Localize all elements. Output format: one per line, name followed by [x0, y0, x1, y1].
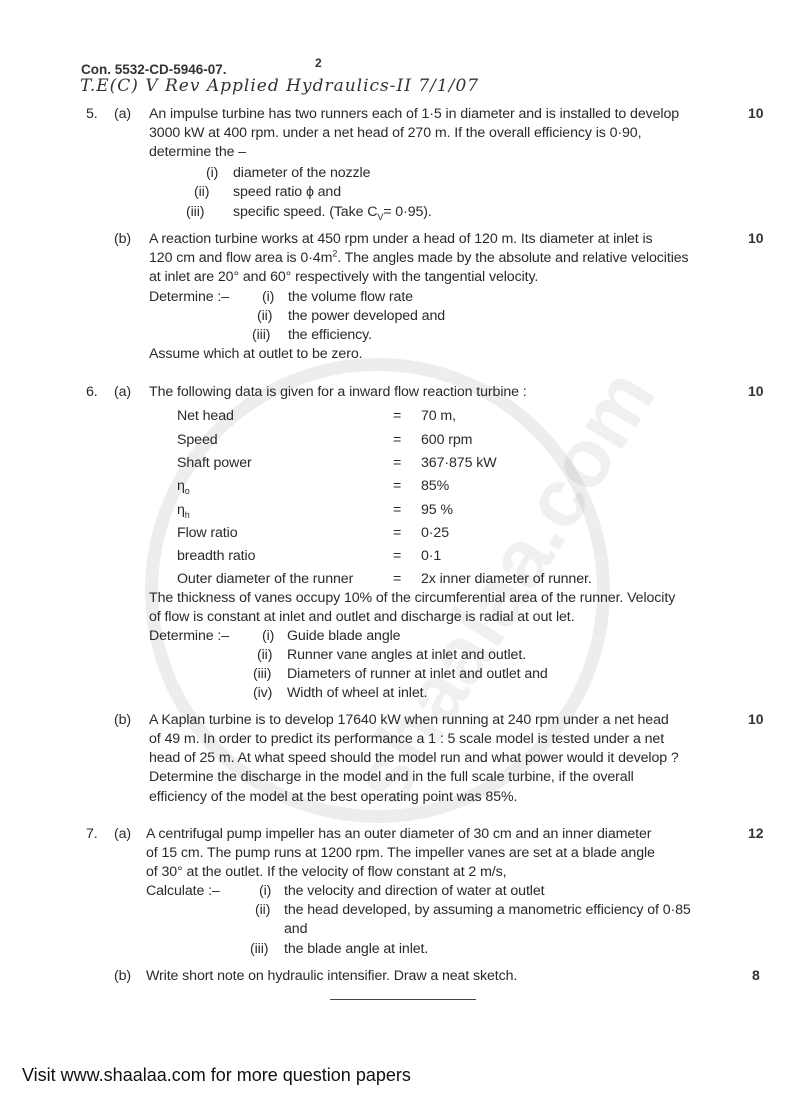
data-label: ηh	[177, 501, 190, 520]
part-label: (a)	[114, 825, 131, 844]
determine-label: Determine :–	[149, 627, 229, 646]
data-label: breadth ratio	[177, 547, 255, 566]
text-line: The thickness of vanes occupy 10% of the…	[149, 589, 675, 608]
text-line: The following data is given for a inward…	[149, 383, 527, 402]
data-eq: =	[393, 477, 401, 496]
text-line: determine the –	[149, 143, 246, 162]
data-eq: =	[393, 501, 401, 520]
question-number: 6.	[86, 383, 98, 402]
data-eq: =	[393, 524, 401, 543]
data-value: 85%	[421, 477, 449, 496]
data-eq: =	[393, 431, 401, 450]
text-line: head of 25 m. At what speed should the m…	[149, 749, 679, 768]
text-line: of flow is constant at inlet and outlet …	[149, 608, 574, 627]
text-line: 120 cm and flow area is 0·4m2. The angle…	[149, 249, 689, 268]
paper-code: Con. 5532-CD-5946-07.	[81, 62, 227, 77]
text-line: 3000 kW at 400 rpm. under a net head of …	[149, 124, 641, 143]
text-line: A centrifugal pump impeller has an outer…	[146, 825, 651, 844]
question-number: 7.	[86, 825, 98, 844]
data-value: 0·25	[421, 524, 449, 543]
item-num: (ii)	[194, 183, 209, 202]
item-num: (iii)	[253, 665, 271, 684]
data-value: 0·1	[421, 547, 441, 566]
item-text: Runner vane angles at inlet and outlet.	[287, 646, 526, 665]
data-label: Flow ratio	[177, 524, 238, 543]
text-line: Write short note on hydraulic intensifie…	[146, 967, 517, 986]
data-label: Speed	[177, 431, 218, 450]
item-num: (i)	[262, 288, 274, 307]
text-line: efficiency of the model at the best oper…	[149, 788, 517, 807]
data-value: 95 %	[421, 501, 453, 520]
marks: 10	[748, 105, 764, 121]
item-text: the power developed and	[288, 307, 445, 326]
data-label: Outer diameter of the runner	[177, 570, 353, 589]
marks: 8	[752, 967, 760, 983]
question-number: 5.	[86, 105, 98, 124]
text-line: A reaction turbine works at 450 rpm unde…	[149, 230, 653, 249]
item-num: (i)	[262, 627, 274, 646]
text-line: Determine the discharge in the model and…	[149, 768, 634, 787]
text-line: of 49 m. In order to predict its perform…	[149, 730, 664, 749]
data-value: 70 m,	[421, 407, 456, 426]
item-text: Guide blade angle	[287, 627, 400, 646]
data-label: Net head	[177, 407, 234, 426]
data-label: Shaft power	[177, 454, 252, 473]
item-text: Diameters of runner at inlet and outlet …	[287, 665, 548, 684]
part-label: (b)	[114, 230, 131, 249]
item-text: Width of wheel at inlet.	[287, 684, 427, 703]
data-value: 600 rpm	[421, 431, 472, 450]
part-label: (a)	[114, 383, 131, 402]
text-line: An impulse turbine has two runners each …	[149, 105, 679, 124]
data-value: 2x inner diameter of runner.	[421, 570, 592, 589]
item-num: (i)	[206, 164, 218, 183]
part-label: (b)	[114, 967, 131, 986]
item-text: specific speed. (Take CV= 0·95).	[233, 203, 432, 222]
footer-link-text: Visit www.shaalaa.com for more question …	[22, 1065, 411, 1086]
item-text: and	[284, 920, 307, 939]
text-line: of 30° at the outlet. If the velocity of…	[146, 863, 506, 882]
item-text: the velocity and direction of water at o…	[284, 882, 544, 901]
part-label: (b)	[114, 711, 131, 730]
item-text: the efficiency.	[288, 326, 372, 345]
item-num: (ii)	[257, 646, 272, 665]
marks: 10	[748, 711, 764, 727]
item-num: (iv)	[253, 684, 272, 703]
marks: 12	[748, 825, 764, 841]
end-rule	[330, 999, 476, 1000]
item-num: (iii)	[186, 203, 204, 222]
item-text: the head developed, by assuming a manome…	[284, 901, 691, 920]
item-text: the blade angle at inlet.	[284, 940, 428, 959]
item-num: (ii)	[257, 307, 272, 326]
item-num: (iii)	[250, 940, 268, 959]
text-line: at inlet are 20° and 60° respectively wi…	[149, 268, 538, 287]
data-label: ηo	[177, 477, 190, 496]
item-text: speed ratio ϕ and	[233, 183, 341, 202]
determine-label: Determine :–	[149, 288, 229, 307]
marks: 10	[748, 230, 764, 246]
item-num: (ii)	[255, 901, 270, 920]
data-eq: =	[393, 454, 401, 473]
data-eq: =	[393, 547, 401, 566]
question-paper-page: shaalaa.com Con. 5532-CD-5946-07. 2 T.E(…	[0, 0, 800, 1103]
text-line: of 15 cm. The pump runs at 1200 rpm. The…	[146, 844, 655, 863]
text-line: A Kaplan turbine is to develop 17640 kW …	[149, 711, 669, 730]
text-line: Assume which at outlet to be zero.	[149, 345, 362, 364]
item-text: the volume flow rate	[288, 288, 413, 307]
calculate-label: Calculate :–	[146, 882, 220, 901]
item-text: diameter of the nozzle	[233, 164, 370, 183]
item-num: (i)	[259, 882, 271, 901]
data-eq: =	[393, 407, 401, 426]
data-eq: =	[393, 570, 401, 589]
handwritten-note: T.E(C) V Rev Applied Hydraulics-II 7/1/0…	[80, 76, 479, 96]
marks: 10	[748, 383, 764, 399]
part-label: (a)	[114, 105, 131, 124]
page-number: 2	[315, 56, 322, 70]
item-num: (iii)	[252, 326, 270, 345]
data-value: 367·875 kW	[421, 454, 497, 473]
